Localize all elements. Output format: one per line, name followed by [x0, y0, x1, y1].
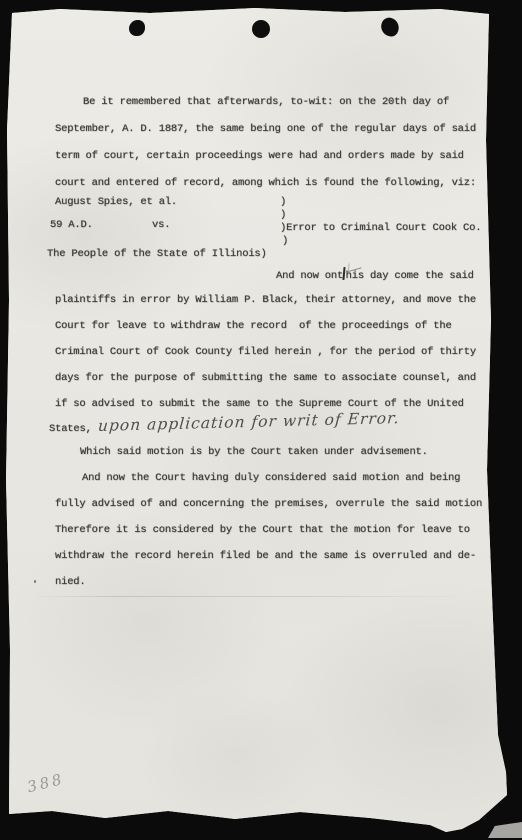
para4-line2: fully advised of and concerning the prem…: [55, 497, 482, 511]
ink-speck: [34, 580, 36, 583]
caption-bracket-1: ): [280, 195, 286, 209]
para4-line1: And now the Court having duly considered…: [82, 471, 460, 485]
para1-line3: term of court, certain proceedings were …: [55, 149, 464, 163]
para1-line1: Be it remembered that afterwards, to-wit…: [83, 95, 449, 109]
typewriter-text: States,: [49, 423, 92, 435]
typewriter-text: court and entered of record, among which…: [55, 177, 476, 189]
typewriter-text: )Error to Criminal Court Cook Co.: [280, 222, 481, 234]
typewriter-text: Be it remembered that afterwards, to-wit…: [83, 96, 449, 108]
torn-corner-scrap: [488, 822, 522, 838]
text-layer: Be it remembered that afterwards, to-wit…: [0, 0, 522, 840]
handwritten-annotation: upon application for writ of Error.: [97, 411, 400, 433]
para2-line2: plaintiffs in error by William P. Black,…: [55, 293, 476, 307]
para1-line4: court and entered of record, among which…: [55, 176, 476, 190]
typewriter-text: vs.: [152, 219, 170, 231]
typewriter-text: plaintiffs in error by William P. Black,…: [55, 294, 476, 306]
typewriter-text: And now the Court having duly considered…: [82, 472, 460, 484]
para4-line4: withdraw the record herein filed be and …: [55, 549, 476, 563]
typewriter-text: days for the purpose of submitting the s…: [55, 372, 476, 384]
typewriter-text: fully advised of and concerning the prem…: [55, 498, 482, 510]
typewriter-text: And now on: [276, 270, 337, 282]
typewriter-text: ): [282, 235, 288, 247]
para1-line2: September, A. D. 1887, the same being on…: [55, 122, 476, 136]
para3-line1: Which said motion is by the Court taken …: [80, 445, 428, 459]
scanned-document-photo: Be it remembered that afterwards, to-wit…: [0, 0, 522, 840]
caption-bracket-4: ): [282, 234, 288, 248]
typewriter-text: Therefore it is considered by the Court …: [55, 524, 470, 536]
typewriter-text: ): [280, 209, 286, 221]
typewriter-text: 59 A.D.: [50, 219, 93, 231]
typewriter-text: September, A. D. 1887, the same being on…: [55, 123, 476, 135]
para2-line3: Court for leave to withdraw the record o…: [55, 319, 452, 333]
typewriter-text: if so advised to submit the same to the …: [55, 398, 464, 410]
para2-line4: Criminal Court of Cook County filed here…: [55, 345, 476, 359]
caption-docket: 59 A.D.: [50, 218, 93, 232]
document-page: Be it remembered that afterwards, to-wit…: [0, 0, 522, 840]
typewriter-text: Court for leave to withdraw the record o…: [55, 320, 452, 332]
caption-vs: vs.: [152, 218, 170, 232]
caption-plaintiff: August Spies, et al.: [55, 195, 177, 209]
typewriter-text: ): [280, 196, 286, 208]
caption-bracket-2: ): [280, 208, 286, 222]
para2-line6: if so advised to submit the same to the …: [55, 397, 464, 411]
typewriter-text: his day come the said: [346, 270, 474, 282]
typewriter-text: Which said motion is by the Court taken …: [80, 446, 428, 458]
typewriter-text: Criminal Court of Cook County filed here…: [55, 346, 476, 358]
typewriter-text: nied.: [55, 576, 86, 588]
typewriter-text: withdraw the record herein filed be and …: [55, 550, 476, 562]
caption-error-line: )Error to Criminal Court Cook Co.: [280, 221, 481, 235]
caption-defendant: The People of the State of Illinois): [47, 247, 267, 261]
para2-line5: days for the purpose of submitting the s…: [55, 371, 476, 385]
typewriter-text: term of court, certain proceedings were …: [55, 150, 464, 162]
typewriter-text: August Spies, et al.: [55, 196, 177, 208]
typewriter-text: The People of the State of Illinois): [47, 248, 267, 260]
para4-line3: Therefore it is considered by the Court …: [55, 523, 470, 537]
para2-line7: States,upon application for writ of Erro…: [49, 419, 400, 436]
para2-line1: And now onthis day come the said: [276, 267, 474, 283]
para4-line5: nied.: [55, 575, 86, 589]
